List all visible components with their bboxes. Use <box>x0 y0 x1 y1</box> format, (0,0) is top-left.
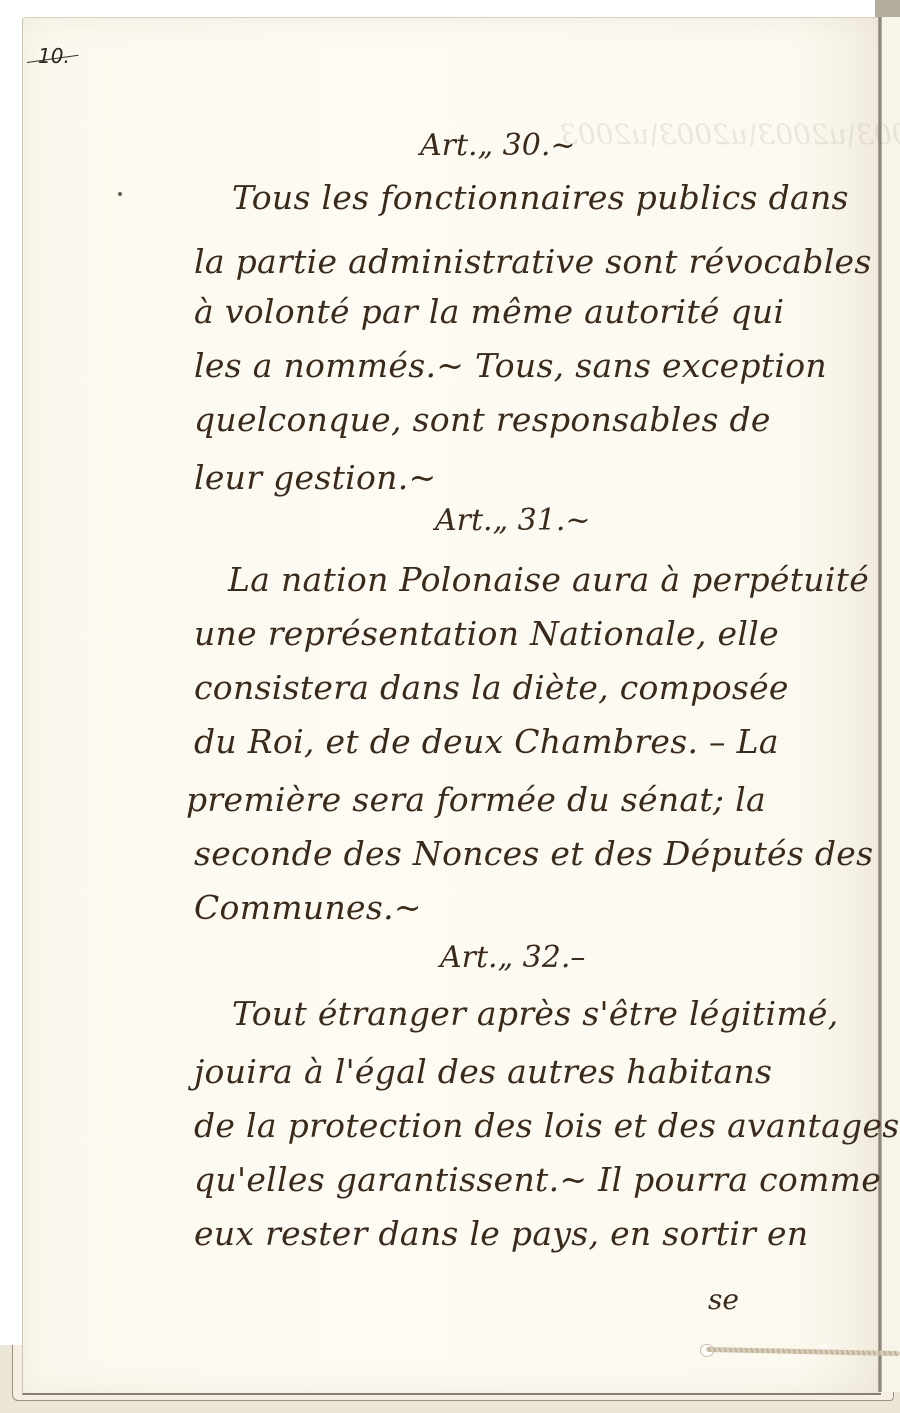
text-line: Tout étranger après s'être légitimé, <box>232 994 839 1033</box>
text-line: La nation Polonaise aura à perpétuité <box>228 560 869 599</box>
text-line: Tous les fonctionnaires publics dans <box>232 178 849 217</box>
text-line: eux rester dans le pays, en sortir en <box>194 1214 808 1253</box>
text-line: à volonté par la même autorité qui <box>194 292 784 331</box>
binding-top-strip <box>875 0 900 17</box>
text-line: Communes.~ <box>194 888 422 927</box>
article-heading-30: Art.„ 30.~ <box>420 128 576 163</box>
bleed-through: \u2003\u2003\u2003\u2003\u2003 <box>560 118 900 151</box>
text-line: quelconque, sont responsables de <box>194 400 771 439</box>
text-line: jouira à l'égal des autres habitans <box>194 1052 772 1091</box>
manuscript-scan: \u2003\u2003\u2003\u2003\u2003 10. Art.„… <box>0 0 900 1413</box>
text-line: une représentation Nationale, elle <box>194 614 779 653</box>
text-line: leur gestion.~ <box>194 458 436 497</box>
text-line: consistera dans la diète, composée <box>194 668 789 707</box>
text-line: seconde des Nonces et des Députés des <box>194 834 873 873</box>
facing-page-edge <box>882 17 900 1392</box>
text-line: du Roi, et de deux Chambres. – La <box>194 722 779 761</box>
text-line: de la protection des lois et des avantag… <box>194 1106 900 1145</box>
text-line: qu'elles garantissent.~ Il pourra comme <box>194 1160 881 1199</box>
catchword: se <box>708 1283 739 1316</box>
margin-mark <box>118 192 122 196</box>
text-line: la partie administrative sont révocables <box>194 242 872 281</box>
article-heading-31: Art.„ 31.~ <box>435 503 591 538</box>
text-line: les a nommés.~ Tous, sans exception <box>194 346 827 385</box>
article-heading-32: Art.„ 32.– <box>440 940 585 975</box>
text-line: première sera formée du sénat; la <box>186 780 766 819</box>
